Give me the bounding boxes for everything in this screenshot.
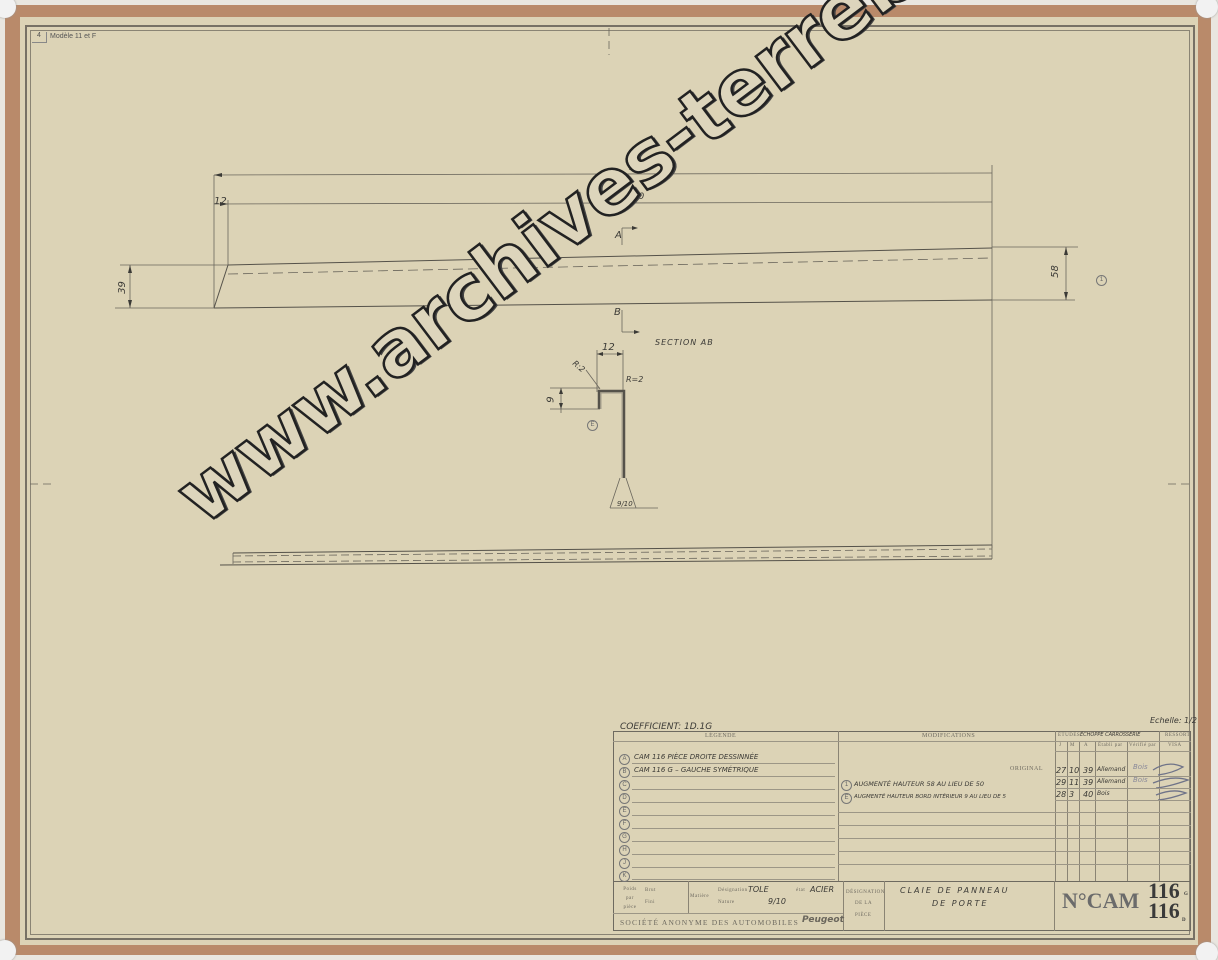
- legend-key: B: [619, 767, 630, 778]
- mod-text: AUGMENTÉ HAUTEUR 58 AU LIEU DE 50: [854, 780, 984, 788]
- verifie-by: Bois: [1133, 776, 1148, 784]
- fini-label: Fini: [645, 900, 655, 905]
- legend-key: E: [619, 806, 630, 817]
- number-top-suffix: G: [1184, 892, 1188, 897]
- legend-line: [632, 776, 835, 777]
- brand-logo: Peugeot: [802, 915, 844, 925]
- divider: [1159, 731, 1160, 881]
- divider: [1055, 751, 1191, 752]
- divider: [884, 881, 885, 931]
- etabli-by: Allemand: [1097, 778, 1125, 785]
- date-year: 40: [1083, 790, 1093, 799]
- date-month: 11: [1069, 778, 1079, 787]
- divider: [838, 731, 839, 881]
- section-flange-height: 9: [546, 396, 557, 402]
- date-line: [838, 825, 1191, 826]
- legend-key: A: [619, 754, 630, 765]
- piece-label-2: DE LA: [855, 901, 872, 906]
- date-day: 29: [1056, 778, 1066, 787]
- divider: [613, 881, 1191, 882]
- date-year: 39: [1083, 778, 1093, 787]
- legend-key: J: [619, 858, 630, 869]
- piece-label-3: PIÈCE: [855, 913, 871, 918]
- legend-key: C: [619, 780, 630, 791]
- divider: [1067, 741, 1068, 881]
- date-day: 28: [1056, 790, 1066, 799]
- section-radius-right: R=2: [626, 375, 643, 384]
- col-m: M: [1070, 743, 1075, 748]
- ressort-header: RESSORT: [1165, 733, 1190, 738]
- legend-line: [632, 879, 835, 880]
- company-name: SOCIÉTÉ ANONYME DES AUTOMOBILES: [620, 918, 799, 927]
- divider: [688, 881, 689, 913]
- designation-value: TOLE: [748, 885, 769, 894]
- date-line: [838, 812, 1191, 813]
- legend-key: F: [619, 819, 630, 830]
- piece-name-2: DE PORTE: [932, 899, 988, 908]
- designation-extra-value: ACIER: [810, 885, 834, 894]
- legend-line: [632, 867, 835, 868]
- dim-left-height: 39: [117, 281, 128, 294]
- legend-text: CAM 116 PIÈCE DROITE DESSINNÉE: [634, 753, 758, 761]
- section-thickness: 9/10: [617, 500, 633, 508]
- divider: [1079, 741, 1080, 881]
- col-a: A: [1084, 743, 1088, 748]
- divider: [613, 741, 1191, 742]
- divider: [1055, 731, 1056, 881]
- legend-line: [632, 802, 835, 803]
- divider: [1054, 881, 1055, 931]
- brut-label: Brut: [645, 888, 656, 893]
- visa-signatures: [1148, 755, 1193, 805]
- legend-line: [632, 789, 835, 790]
- legend-line: [632, 763, 835, 764]
- date-year: 39: [1083, 766, 1093, 775]
- mod-text: AUGMENTÉ HAUTEUR BORD INTÉRIEUR 9 AU LIE…: [854, 794, 1006, 800]
- verifie-by: Bois: [1133, 763, 1148, 771]
- date-line: [838, 838, 1191, 839]
- col-j: J: [1059, 743, 1061, 748]
- number-bottom: 116: [1148, 898, 1180, 924]
- number-bottom-suffix: D: [1182, 918, 1186, 923]
- nature-label: Nature: [718, 900, 735, 905]
- etabli-by: Bois: [1097, 790, 1110, 797]
- legend-line: [632, 815, 835, 816]
- matiere-label: Matière: [690, 894, 709, 899]
- legend-key: G: [619, 832, 630, 843]
- legend-line: [632, 854, 835, 855]
- dim-offset: 12: [214, 196, 227, 207]
- divider: [1095, 741, 1096, 881]
- date-line: [838, 864, 1191, 865]
- date-month: 3: [1069, 790, 1074, 799]
- piece-name-1: CLAIE DE PANNEAU: [900, 886, 1009, 895]
- divider: [613, 913, 843, 914]
- date-day: 27: [1056, 766, 1066, 775]
- etudes-header: ÉTUDES: [1058, 733, 1080, 738]
- original-label: ORIGINAL: [1010, 766, 1043, 772]
- etabli-by: Allemand: [1097, 766, 1125, 773]
- revision-mark-1: 1: [1096, 275, 1107, 286]
- piece-label-1: DÉSIGNATION: [846, 890, 885, 895]
- legend-header: LÉGENDE: [705, 733, 736, 739]
- col-etabli: Établi par: [1098, 743, 1123, 748]
- col-verifie: Vérifié par: [1129, 743, 1156, 748]
- modifications-header: MODIFICATIONS: [922, 733, 975, 739]
- date-line: [1055, 776, 1191, 777]
- poids-label: Poids par pièce: [620, 885, 640, 912]
- date-line: [838, 851, 1191, 852]
- designation-extra-label: état: [796, 888, 805, 893]
- section-mark-b: B: [614, 307, 621, 318]
- mod-mark: 1: [841, 780, 852, 791]
- legend-text: CAM 116 G – GAUCHE SYMÉTRIQUE: [634, 766, 758, 774]
- divider: [1127, 741, 1128, 881]
- etudes-dept: ÉCHOPPE CARROSSERIE: [1080, 732, 1140, 738]
- section-mark-e: E: [587, 420, 598, 431]
- date-line: [1055, 800, 1191, 801]
- col-visa: VISA: [1168, 743, 1182, 748]
- section-flange-width: 12: [602, 342, 615, 353]
- section-label: SECTION AB: [655, 338, 714, 347]
- legend-line: [632, 828, 835, 829]
- legend-key: H: [619, 845, 630, 856]
- designation-label: Désignation: [718, 888, 748, 893]
- date-month: 10: [1069, 766, 1079, 775]
- number-prefix: N°CAM: [1062, 888, 1139, 914]
- mod-mark: E: [841, 793, 852, 804]
- nature-value: 9/10: [768, 897, 786, 906]
- legend-key: K: [619, 871, 630, 882]
- legend-line: [632, 841, 835, 842]
- dim-right-height: 58: [1050, 265, 1061, 278]
- legend-key: D: [619, 793, 630, 804]
- date-line: [1055, 788, 1191, 789]
- scale: Echelle: 1/2: [1150, 716, 1197, 725]
